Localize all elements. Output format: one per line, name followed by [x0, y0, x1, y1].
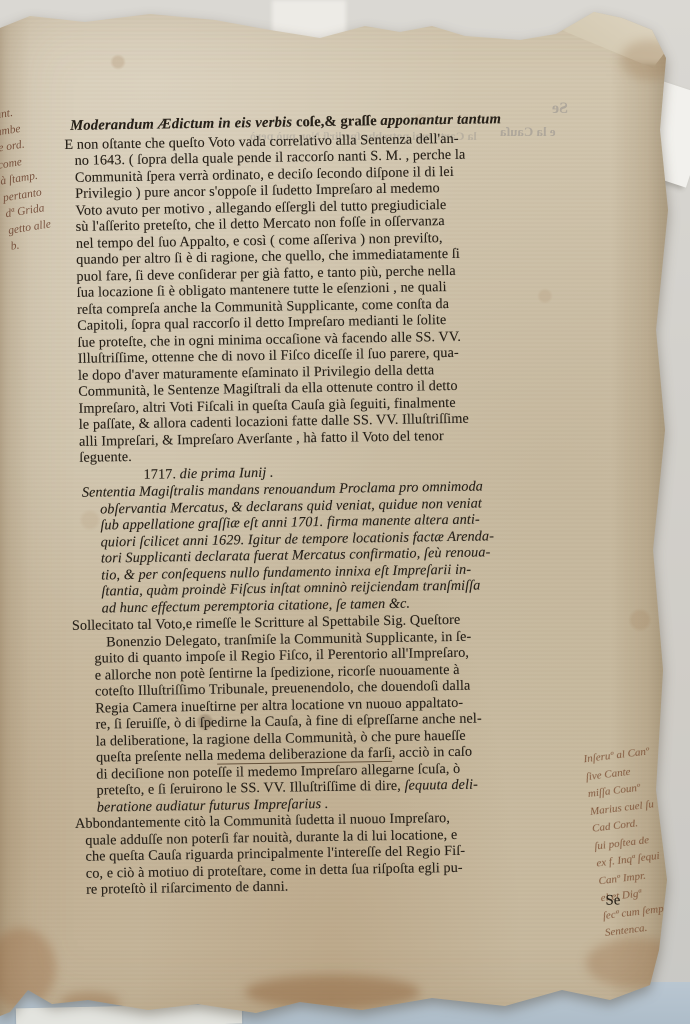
scanned-document-photo: Se e la Cauſa la Carta mai potrebbe ſped…	[0, 0, 690, 1024]
text-segment: queſta preſente nella	[96, 748, 217, 766]
text-segment: ſequuta deli-	[404, 777, 478, 794]
text-segment: apponantur tantum	[380, 111, 501, 129]
paper-sheet: Se e la Cauſa la Carta mai potrebbe ſped…	[0, 0, 690, 1024]
paper-shadow: Se e la Cauſa la Carta mai potrebbe ſped…	[0, 0, 690, 1024]
paper-stain	[620, 40, 680, 80]
printed-text-block: Moderandum Ædictum in eis verbis coſe,& …	[64, 109, 636, 917]
paragraph-sollecitato: Sollecitato tal Voto,e rimeſſe le Scritt…	[72, 609, 635, 816]
text-segment: 1717.	[143, 466, 179, 483]
paragraph-abbondantemente: Abbondantemente citò la Communità ſudett…	[75, 807, 636, 898]
paragraph-latin-sententia: Sententia Magiſtralis mandans renouandum…	[70, 476, 632, 617]
text-segment: , acciò in caſo	[392, 744, 473, 761]
paper-stain	[245, 975, 420, 1009]
text-segment: die prima Iunij .	[180, 464, 274, 481]
text-segment: Moderandum Ædictum in eis verbis	[70, 114, 296, 134]
text-segment: coſe,& graſſe	[296, 113, 381, 130]
paper-stain	[586, 938, 686, 988]
paragraph-1: E non oſtante che queſto Voto vada corre…	[64, 128, 629, 467]
paper-stain	[60, 992, 120, 1014]
